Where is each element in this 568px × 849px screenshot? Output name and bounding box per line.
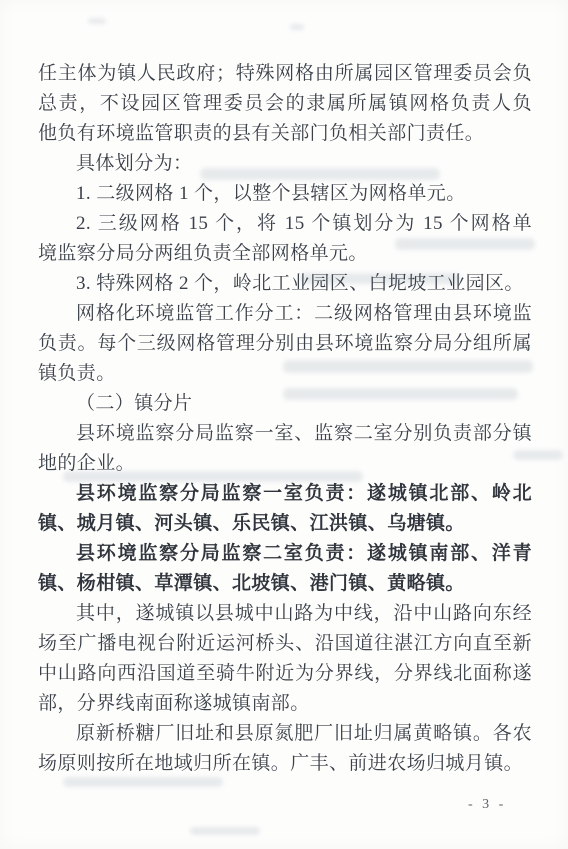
text-line: 网格化环境监管工作分工：二级网格管理由县环境监察分局 xyxy=(38,299,532,329)
text-line: 县环境监察分局监察一室负责：遂城镇北部、岭北镇、建新 xyxy=(38,479,532,509)
text-line: 县环境监察分局监察一室、监察二室分别负责部分镇和所在 xyxy=(38,419,532,449)
text-line: 镇、杨柑镇、草潭镇、北坡镇、港门镇、黄略镇。 xyxy=(38,569,532,599)
bleed-through-artifact xyxy=(190,827,260,835)
text-line: 其中，遂城镇以县城中山路为中线，沿中山路向东经水厂菜市 xyxy=(38,599,532,629)
bleed-through-artifact xyxy=(88,18,106,24)
text-line: 县环境监察分局监察二室负责：遂城镇南部、洋青镇、界炮 xyxy=(38,539,532,569)
scanned-document-page: 任主体为镇人民政府；特殊网格由所属园区管理委员会负责人负 总责，不设园区管理委员… xyxy=(0,0,568,849)
text-line: 3. 特殊网格 2 个，岭北工业园区、白坭坡工业园区。 xyxy=(38,269,532,299)
text-line: 中山路向西沿国道至骑牛附近为分界线，分界线北面称遂城镇北 xyxy=(38,659,532,689)
text-line: 2. 三级网格 15 个，将 15 个镇划分为 15 个网格单元，县环 xyxy=(38,209,532,239)
text-line: 镇、城月镇、河头镇、乐民镇、江洪镇、乌塘镇。 xyxy=(38,509,532,539)
text-line: 任主体为镇人民政府；特殊网格由所属园区管理委员会负责人负 xyxy=(38,59,532,89)
bleed-through-artifact xyxy=(290,24,304,30)
text-line: 具体划分为： xyxy=(38,149,532,179)
text-line: 原新桥糖厂旧址和县原氮肥厂旧址归属黄略镇。各农场、林 xyxy=(38,719,532,749)
text-line: 负责。每个三级网格管理分别由县环境监察分局分组所属室和各 xyxy=(38,329,532,359)
text-line: 镇负责。 xyxy=(38,359,532,389)
text-line: 1. 二级网格 1 个，以整个县辖区为网格单元。 xyxy=(38,179,532,209)
document-body: 任主体为镇人民政府；特殊网格由所属园区管理委员会负责人负 总责，不设园区管理委员… xyxy=(38,59,532,779)
text-line: 场至广播电视台附近运河桥头、沿国道往湛江方向直至新桥桥、沿 xyxy=(38,629,532,659)
page-number: - 3 - xyxy=(468,797,506,813)
text-line: 部，分界线南面称遂城镇南部。 xyxy=(38,689,532,719)
text-line: 境监察分局分两组负责全部网格单元。 xyxy=(38,239,532,269)
text-line: 地的企业。 xyxy=(38,449,532,479)
section-heading: （二）镇分片 xyxy=(38,389,532,419)
text-line: 场原则按所在地域归所在镇。广丰、前进农场归城月镇。 xyxy=(38,749,532,779)
text-line: 他负有环境监管职责的县有关部门负相关部门责任。 xyxy=(38,119,532,149)
text-line: 总责，不设园区管理委员会的隶属所属镇网格负责人负责。县其 xyxy=(38,89,532,119)
